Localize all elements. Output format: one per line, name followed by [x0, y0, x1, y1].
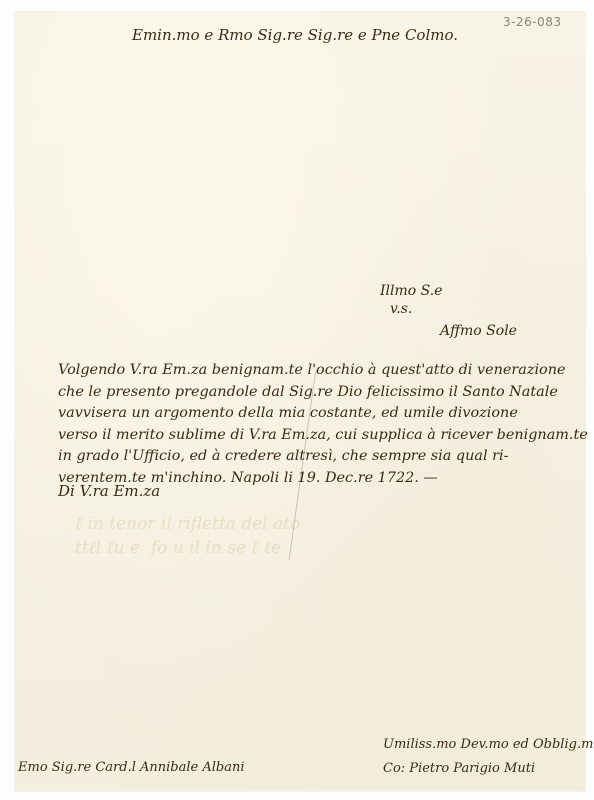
body-line: Volgendo V.ra Em.za benignam.te l'occhio… [58, 360, 578, 382]
marginal-note: v.s. [390, 300, 517, 318]
signature-line: Co: Pietro Parigio Muti [383, 757, 594, 781]
signature-line: Umiliss.mo Dev.mo ed Obblig.mo Serv.re [383, 733, 594, 757]
letter-body: Volgendo V.ra Em.za benignam.te l'occhio… [58, 360, 578, 489]
body-line: vavvisera un argomento della mia costant… [58, 403, 578, 425]
archive-number: 3-26-083 [503, 15, 561, 29]
bleed-through-ink: ℓ in tenor il rifletta del ato ttℓl ℓu e… [75, 512, 575, 572]
document-scan: ℓ in tenor il rifletta del ato ttℓl ℓu e… [0, 0, 594, 800]
marginal-notes: Illmo S.e v.s. Affmo Sole [380, 282, 517, 340]
body-line: verso il merito sublime di V.ra Em.za, c… [58, 425, 578, 447]
signature-block: Umiliss.mo Dev.mo ed Obblig.mo Serv.re C… [383, 733, 594, 781]
body-line: in grado l'Ufficio, ed à credere altresì… [58, 446, 578, 468]
salutation: Emin.mo e Rmo Sig.re Sig.re e Pne Colmo. [132, 26, 458, 44]
closing: Di V.ra Em.za [58, 482, 160, 500]
body-line: che le presento pregandole dal Sig.re Di… [58, 382, 578, 404]
marginal-note: Affmo Sole [440, 322, 517, 340]
addressee: Emo Sig.re Card.l Annibale Albani [18, 760, 244, 775]
marginal-note: Illmo S.e [380, 282, 517, 300]
